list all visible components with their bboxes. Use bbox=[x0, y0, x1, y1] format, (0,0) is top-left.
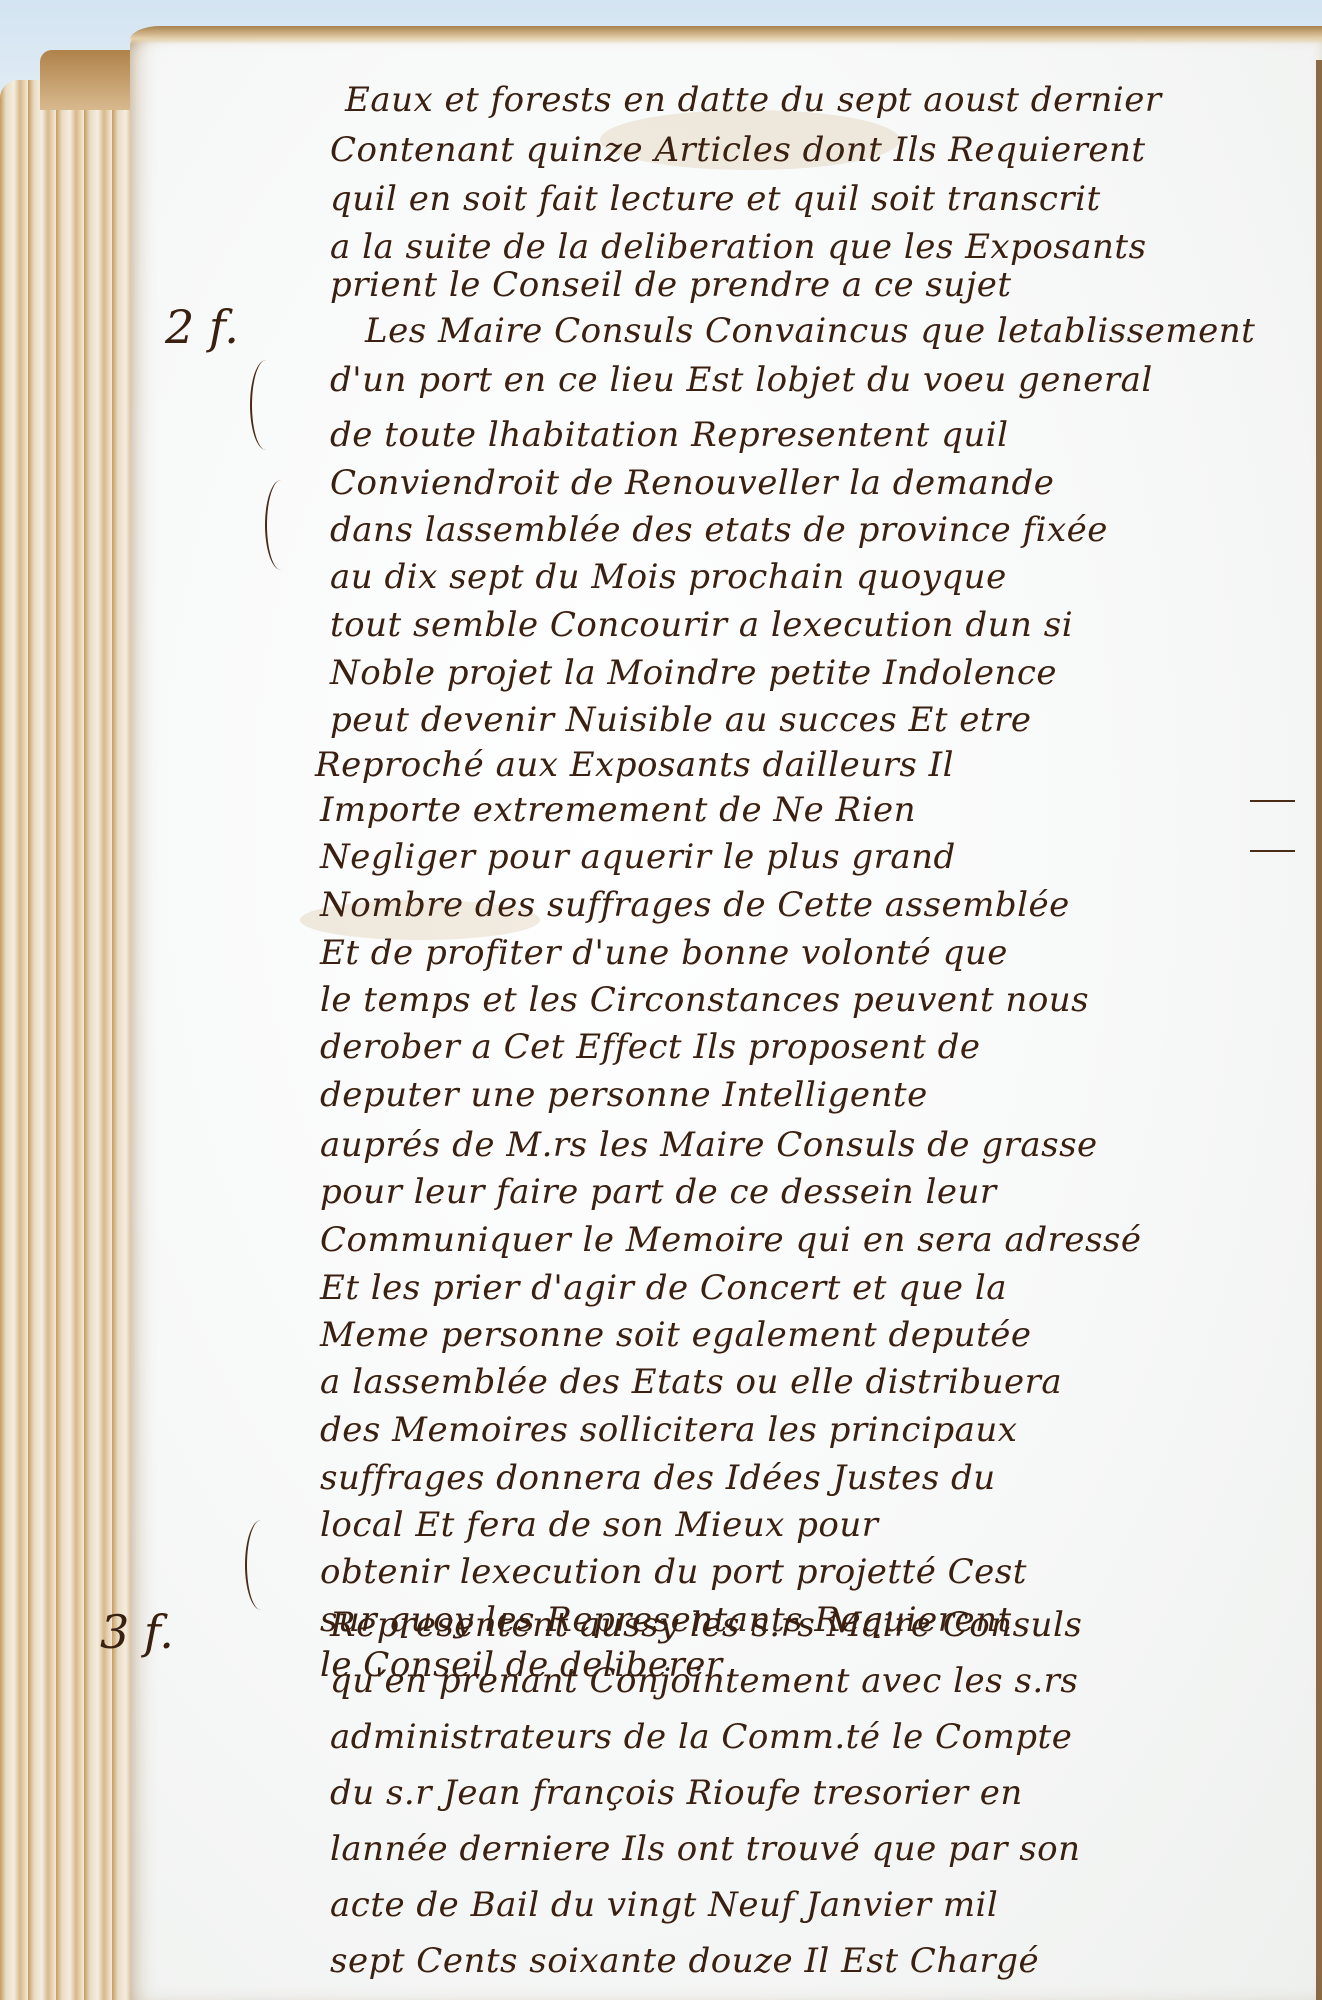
manuscript-line: derober a Cet Effect Ils proposent de bbox=[320, 1027, 980, 1067]
manuscript-line: peut devenir Nuisible au succes Et etre bbox=[330, 700, 1031, 740]
manuscript-line: tout semble Concourir a lexecution dun s… bbox=[330, 605, 1073, 645]
margin-bracket bbox=[265, 480, 297, 570]
line-filler-dash bbox=[1250, 850, 1295, 852]
margin-note-article-3: 3 f. bbox=[100, 1605, 174, 1659]
manuscript-line: Contenant quinze Articles dont Ils Requi… bbox=[330, 130, 1146, 170]
manuscript-line: Et de profiter d'une bonne volonté que bbox=[320, 933, 1008, 973]
manuscript-line: Representent aussy les s.rs Maire Consul… bbox=[330, 1605, 1082, 1645]
manuscript-line: de toute lhabitation Representent quil bbox=[330, 415, 1009, 455]
manuscript-line: obtenir lexecution du port projetté Cest bbox=[320, 1552, 1027, 1592]
manuscript-line: qu'en prenant Conjointement avec les s.r… bbox=[330, 1661, 1078, 1701]
manuscript-line: Reproché aux Exposants dailleurs Il bbox=[315, 745, 954, 785]
manuscript-line: Conviendroit de Renouveller la demande bbox=[330, 463, 1054, 503]
manuscript-line: Meme personne soit egalement deputée bbox=[320, 1315, 1031, 1355]
margin-bracket bbox=[250, 360, 282, 450]
manuscript-line: administrateurs de la Comm.té le Compte bbox=[330, 1717, 1072, 1757]
margin-bracket bbox=[245, 1520, 277, 1610]
line-filler-dash bbox=[1250, 800, 1295, 802]
manuscript-line: quil en soit fait lecture et quil soit t… bbox=[330, 179, 1101, 219]
manuscript-line: local Et fera de son Mieux pour bbox=[320, 1505, 879, 1545]
manuscript-line: Noble projet la Moindre petite Indolence bbox=[330, 653, 1057, 693]
manuscript-line: dans lassemblée des etats de province fi… bbox=[330, 510, 1108, 550]
manuscript-line: Communiquer le Memoire qui en sera adres… bbox=[320, 1220, 1141, 1260]
manuscript-line: Importe extremement de Ne Rien bbox=[320, 790, 916, 830]
manuscript-line: du s.r Jean françois Rioufe tresorier en bbox=[330, 1773, 1023, 1813]
manuscript-line: lannée derniere Ils ont trouvé que par s… bbox=[330, 1829, 1081, 1869]
manuscript-line: auprés de M.rs les Maire Consuls de gras… bbox=[320, 1125, 1098, 1165]
manuscript-line: prient le Conseil de prendre a ce sujet bbox=[330, 265, 1012, 305]
manuscript-line: Eaux et forests en datte du sept aoust d… bbox=[345, 80, 1162, 120]
manuscript-line: d'un port en ce lieu Est lobjet du voeu … bbox=[330, 360, 1153, 400]
manuscript-line: a la suite de la deliberation que les Ex… bbox=[330, 227, 1147, 267]
manuscript-line: Les Maire Consuls Convaincus que letabli… bbox=[365, 311, 1255, 351]
manuscript-line: a lassemblée des Etats ou elle distribue… bbox=[320, 1362, 1062, 1402]
manuscript-line: pour leur faire part de ce dessein leur bbox=[320, 1172, 997, 1212]
manuscript-line: le temps et les Circonstances peuvent no… bbox=[320, 980, 1089, 1020]
manuscript-line: Et les prier d'agir de Concert et que la bbox=[320, 1268, 1007, 1308]
manuscript-line: acte de Bail du vingt Neuf Janvier mil bbox=[330, 1885, 998, 1925]
manuscript-line: deputer une personne Intelligente bbox=[320, 1075, 928, 1115]
manuscript-line: au dix sept du Mois prochain quoyque bbox=[330, 557, 1007, 597]
manuscript-line: Negliger pour aquerir le plus grand bbox=[320, 837, 956, 877]
handwritten-text: 2 f. 3 f. Eaux et forests en datte du se… bbox=[0, 0, 1322, 2000]
manuscript-line: des Memoires sollicitera les principaux bbox=[320, 1410, 1017, 1450]
manuscript-line: sept Cents soixante douze Il Est Chargé bbox=[330, 1941, 1039, 1981]
manuscript-line: Nombre des suffrages de Cette assemblée bbox=[320, 885, 1070, 925]
margin-note-article-2: 2 f. bbox=[165, 300, 239, 354]
manuscript-line: suffrages donnera des Idées Justes du bbox=[320, 1458, 996, 1498]
